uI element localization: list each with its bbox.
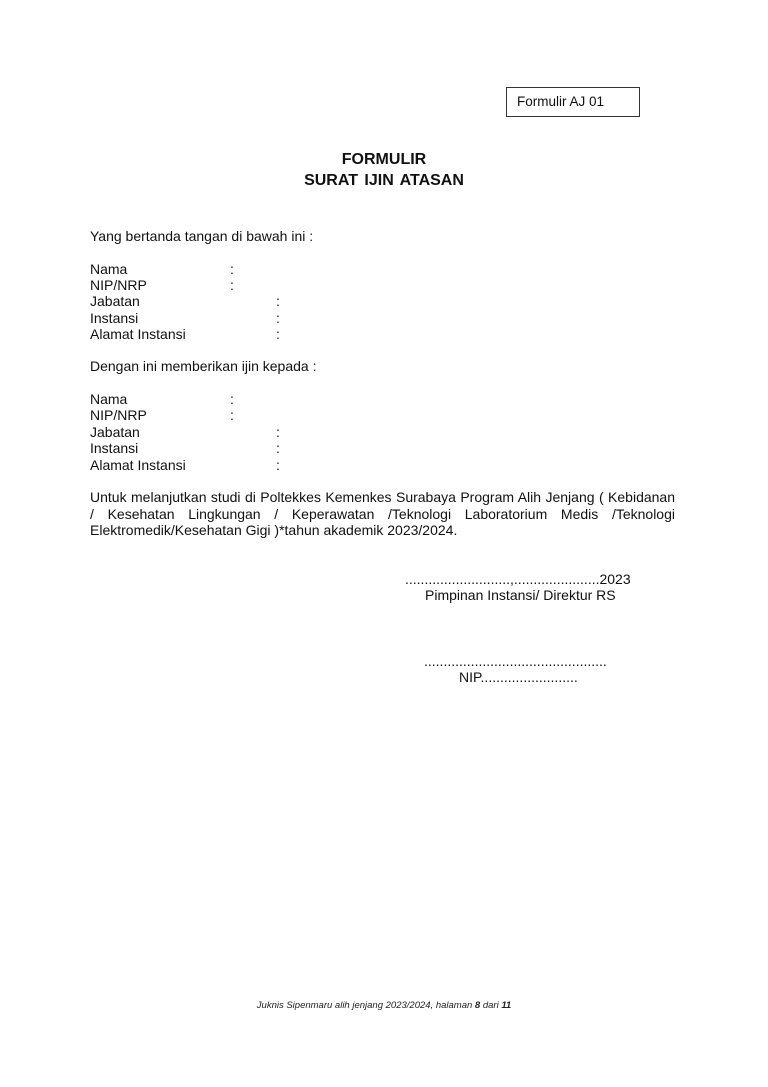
footer-of-text: dari xyxy=(480,1000,501,1011)
field-colon: : xyxy=(230,407,234,423)
page-footer: Juknis Sipenmaru alih jenjang 2023/2024,… xyxy=(0,1000,768,1011)
document-title: FORMULIR xyxy=(0,150,768,170)
section2-field-nama: Nama : xyxy=(90,391,390,407)
field-label: Alamat Instansi xyxy=(90,326,186,342)
signature-date-line: ...........................,............… xyxy=(405,571,631,587)
field-colon: : xyxy=(276,293,280,309)
field-colon: : xyxy=(230,277,234,293)
section1-intro: Yang bertanda tangan di bawah ini : xyxy=(90,228,313,244)
section1-field-instansi: Instansi : xyxy=(90,310,390,326)
field-label: Nama xyxy=(90,261,127,277)
section1-field-nama: Nama : xyxy=(90,261,390,277)
section1-field-alamat: Alamat Instansi : xyxy=(90,326,390,342)
form-code-box: Formulir AJ 01 xyxy=(506,87,640,117)
field-colon: : xyxy=(276,457,280,473)
field-label: NIP/NRP xyxy=(90,277,147,293)
section1-field-jabatan: Jabatan : xyxy=(90,293,390,309)
field-label: Jabatan xyxy=(90,424,140,440)
document-subtitle: SURAT IJIN ATASAN xyxy=(0,171,768,191)
section2-intro: Dengan ini memberikan ijin kepada : xyxy=(90,358,316,374)
signature-nip-line: NIP......................... xyxy=(459,669,578,685)
section2-field-alamat: Alamat Instansi : xyxy=(90,457,390,473)
field-label: Instansi xyxy=(90,440,138,456)
field-label: Alamat Instansi xyxy=(90,457,186,473)
signature-name-line: ........................................… xyxy=(424,653,607,669)
signature-role: Pimpinan Instansi/ Direktur RS xyxy=(425,587,616,603)
footer-text: Juknis Sipenmaru alih jenjang 2023/2024,… xyxy=(257,1000,475,1011)
field-colon: : xyxy=(230,261,234,277)
field-colon: : xyxy=(276,424,280,440)
field-label: Nama xyxy=(90,391,127,407)
field-label: NIP/NRP xyxy=(90,407,147,423)
field-label: Jabatan xyxy=(90,293,140,309)
field-label: Instansi xyxy=(90,310,138,326)
section1-field-nip: NIP/NRP : xyxy=(90,277,390,293)
section2-field-instansi: Instansi : xyxy=(90,440,390,456)
footer-page-total: 11 xyxy=(501,1000,511,1011)
field-colon: : xyxy=(276,310,280,326)
section2-field-nip: NIP/NRP : xyxy=(90,407,390,423)
section2-field-jabatan: Jabatan : xyxy=(90,424,390,440)
field-colon: : xyxy=(230,391,234,407)
field-colon: : xyxy=(276,440,280,456)
body-paragraph: Untuk melanjutkan studi di Poltekkes Kem… xyxy=(90,489,675,539)
field-colon: : xyxy=(276,326,280,342)
